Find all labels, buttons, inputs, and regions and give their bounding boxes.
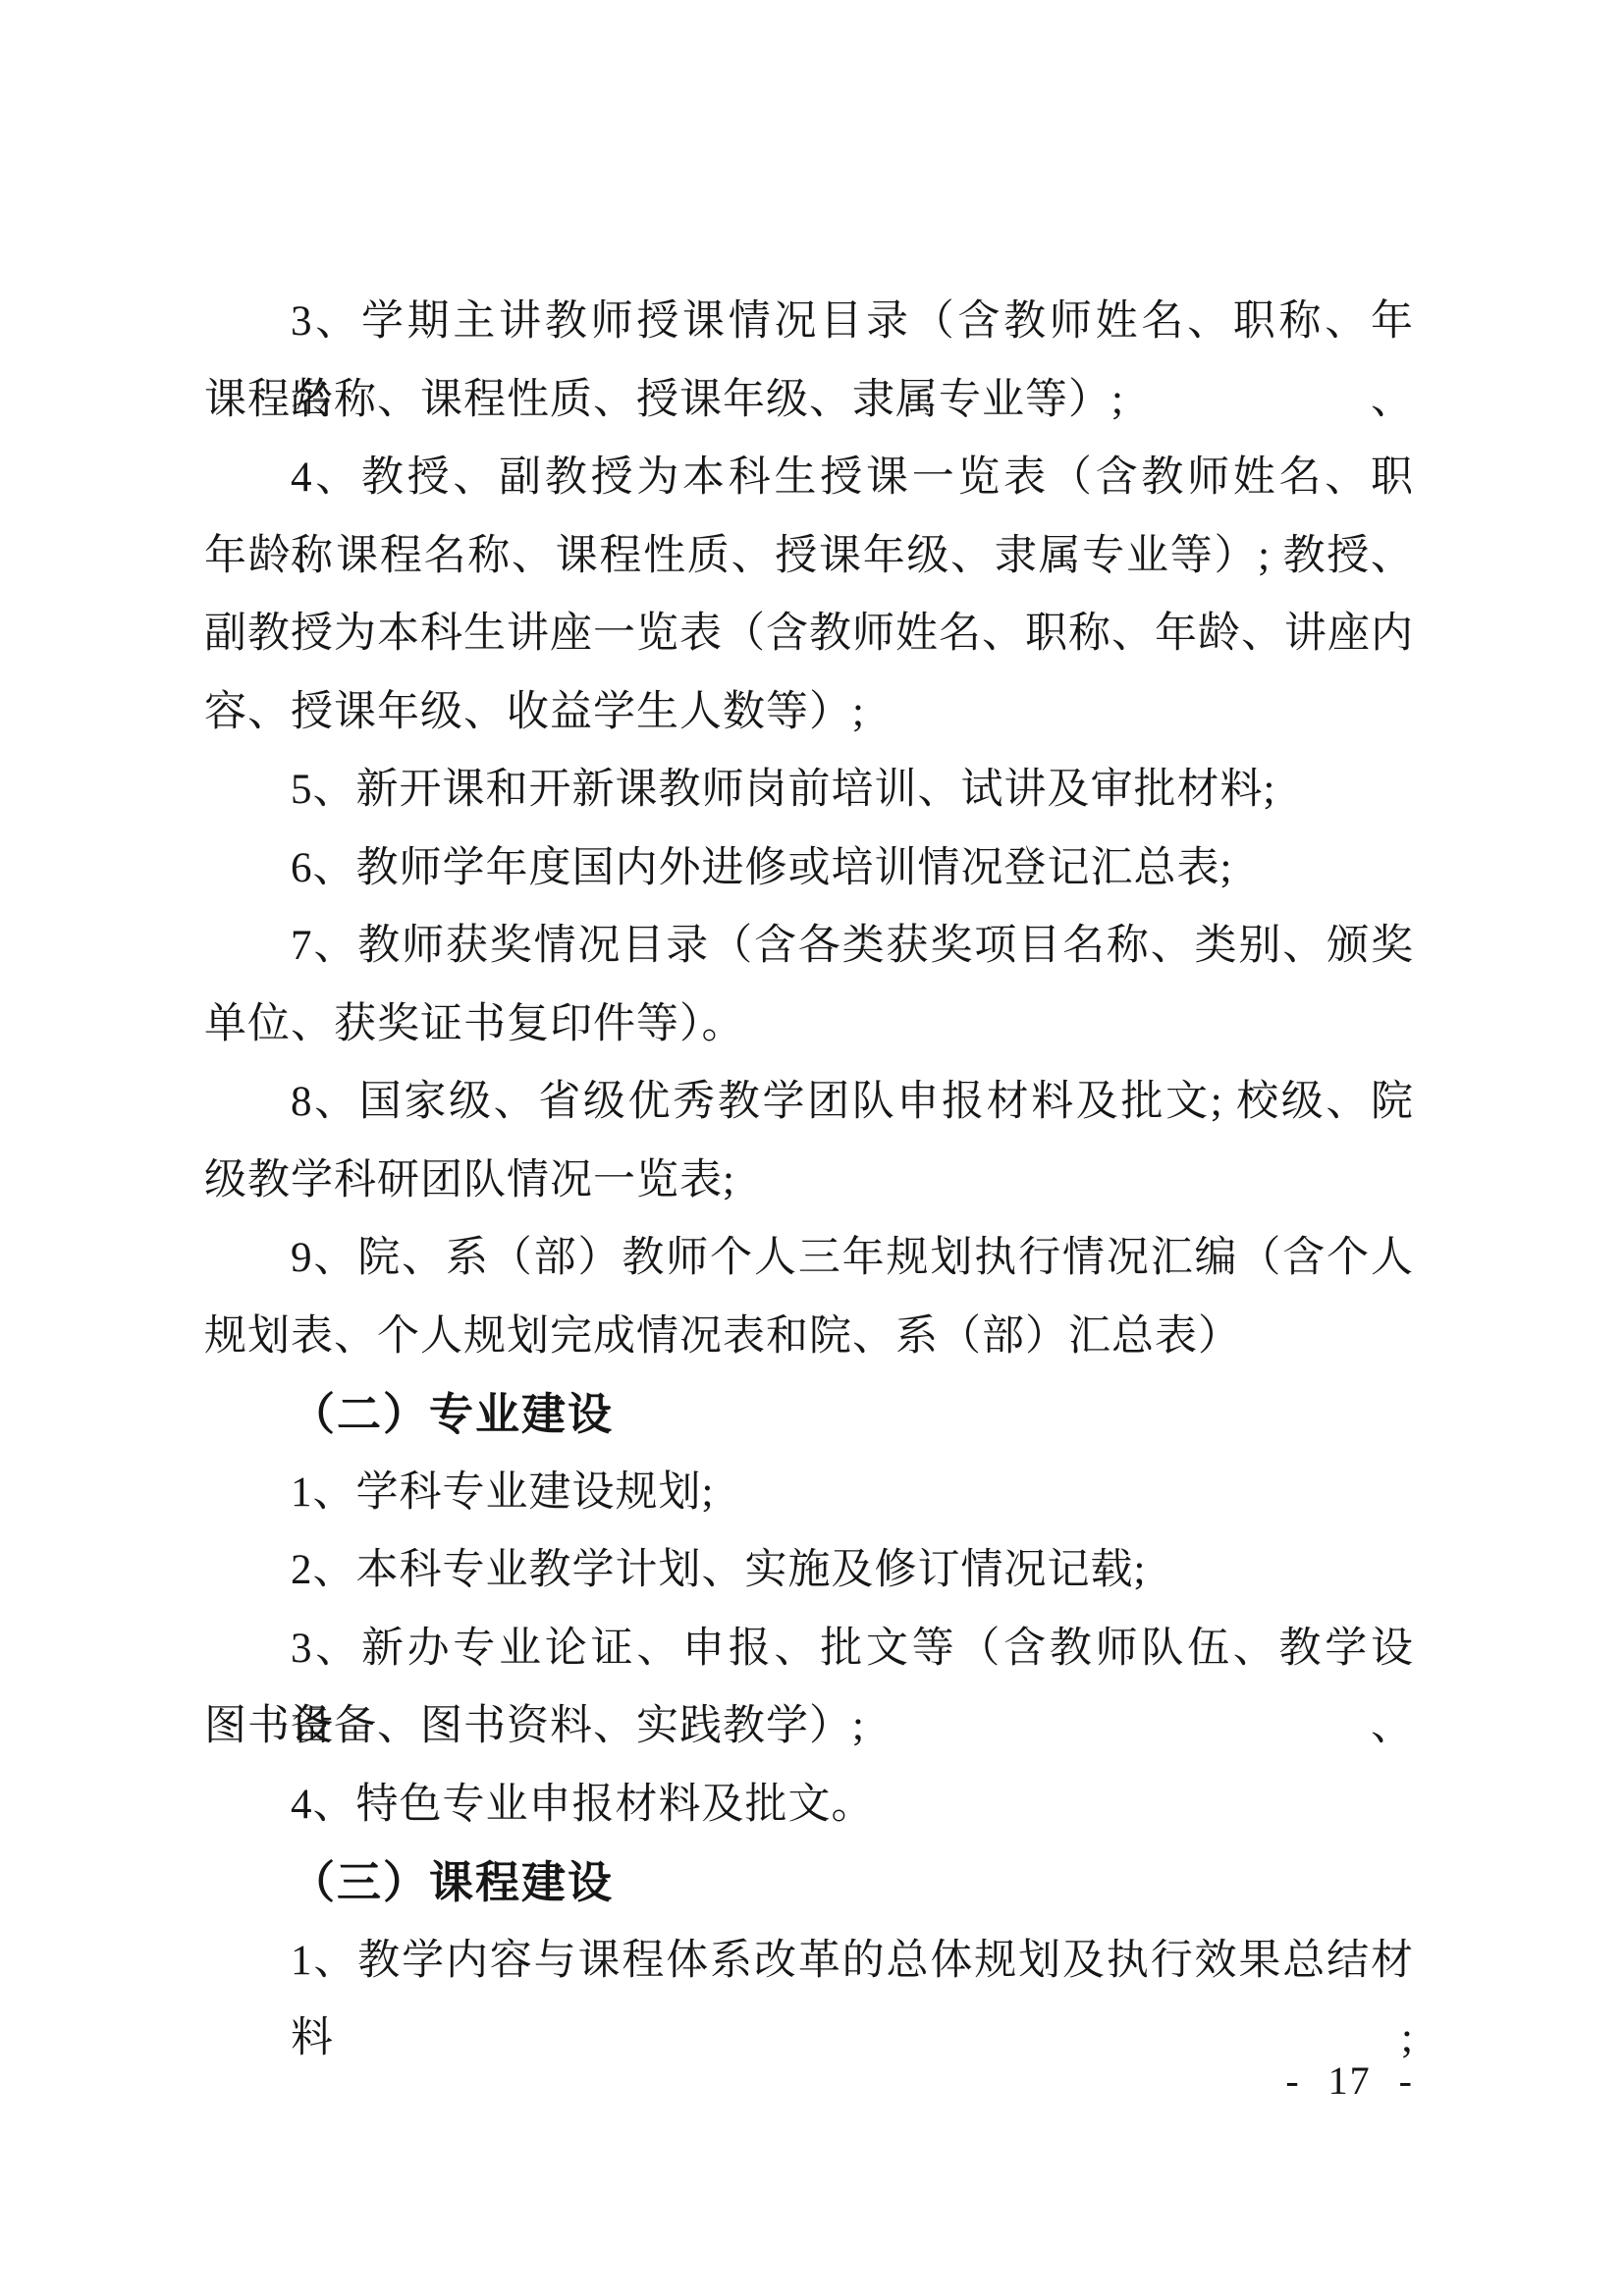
- section-heading: （三）课程建设: [204, 1843, 1414, 1922]
- text-line: 2、本科专业教学计划、实施及修订情况记载;: [204, 1531, 1414, 1610]
- section-heading: （二）专业建设: [204, 1375, 1414, 1454]
- text-line: 5、新开课和开新课教师岗前培训、试讲及审批材料;: [204, 751, 1414, 829]
- text-line: 3、新办专业论证、申报、批文等（含教师队伍、教学设备、: [204, 1610, 1414, 1688]
- text-line: 4、特色专业申报材料及批文。: [204, 1766, 1414, 1844]
- text-line: 副教授为本科生讲座一览表（含教师姓名、职称、年龄、讲座内: [204, 595, 1414, 673]
- text-line: 单位、获奖证书复印件等）。: [204, 986, 1414, 1064]
- document-body: 3、学期主讲教师授课情况目录（含教师姓名、职称、年龄、 课程名称、课程性质、授课…: [204, 283, 1414, 2000]
- text-line: 1、学科专业建设规划;: [204, 1454, 1414, 1532]
- text-line: 规划表、个人规划完成情况表和院、系（部）汇总表）: [204, 1298, 1414, 1376]
- text-line: 4、教授、副教授为本科生授课一览表（含教师姓名、职称、: [204, 439, 1414, 517]
- text-line: 9、院、系（部）教师个人三年规划执行情况汇编（含个人: [204, 1219, 1414, 1298]
- text-line: 7、教师获奖情况目录（含各类获奖项目名称、类别、颁奖: [204, 907, 1414, 986]
- page-number: - 17 -: [204, 2057, 1414, 2104]
- text-line: 年龄、课程名称、课程性质、授课年级、隶属专业等）; 教授、: [204, 517, 1414, 596]
- text-line: 6、教师学年度国内外进修或培训情况登记汇总表;: [204, 829, 1414, 908]
- text-line: 8、国家级、省级优秀教学团队申报材料及批文; 校级、院: [204, 1063, 1414, 1142]
- text-line: 容、授课年级、收益学生人数等）;: [204, 673, 1414, 752]
- text-line: 级教学科研团队情况一览表;: [204, 1142, 1414, 1220]
- document-page: 3、学期主讲教师授课情况目录（含教师姓名、职称、年龄、 课程名称、课程性质、授课…: [0, 0, 1624, 2296]
- text-line: 3、学期主讲教师授课情况目录（含教师姓名、职称、年龄、: [204, 283, 1414, 361]
- text-line: 1、教学内容与课程体系改革的总体规划及执行效果总结材料;: [204, 1922, 1414, 2001]
